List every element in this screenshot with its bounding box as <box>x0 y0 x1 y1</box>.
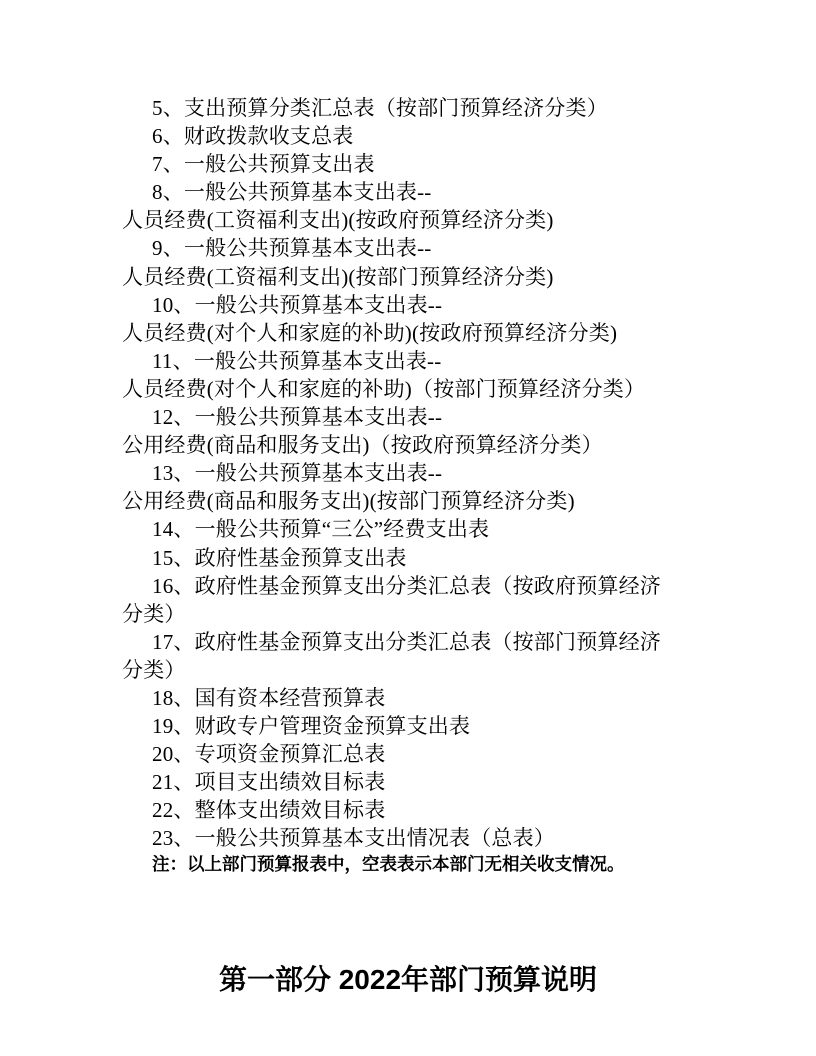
list-item: 9、一般公共预算基本支出表-- <box>122 234 722 262</box>
list-item: 21、项目支出绩效目标表 <box>122 768 722 796</box>
list-item: 公用经费(商品和服务支出)(按部门预算经济分类) <box>122 487 722 515</box>
list-item: 7、一般公共预算支出表 <box>122 150 722 178</box>
section-heading: 第一部分 2022年部门预算说明 <box>0 962 816 998</box>
list-item: 人员经费(对个人和家庭的补助)（按部门预算经济分类） <box>122 375 722 403</box>
list-item: 5、支出预算分类汇总表（按部门预算经济分类） <box>122 94 722 122</box>
list-item: 11、一般公共预算基本支出表-- <box>122 347 722 375</box>
budget-table-list: 5、支出预算分类汇总表（按部门预算经济分类）6、财政拨款收支总表7、一般公共预算… <box>122 94 722 853</box>
list-item: 公用经费(商品和服务支出)（按政府预算经济分类） <box>122 431 722 459</box>
list-item: 人员经费(工资福利支出)(按部门预算经济分类) <box>122 263 722 291</box>
list-item: 22、整体支出绩效目标表 <box>122 796 722 824</box>
list-item: 23、一般公共预算基本支出情况表（总表） <box>122 824 722 852</box>
list-item: 20、专项资金预算汇总表 <box>122 740 722 768</box>
list-item: 14、一般公共预算“三公”经费支出表 <box>122 515 722 543</box>
list-item: 8、一般公共预算基本支出表-- <box>122 178 722 206</box>
list-item: 15、政府性基金预算支出表 <box>122 544 722 572</box>
document-page: 5、支出预算分类汇总表（按部门预算经济分类）6、财政拨款收支总表7、一般公共预算… <box>0 0 816 1056</box>
list-item: 6、财政拨款收支总表 <box>122 122 722 150</box>
list-item: 17、政府性基金预算支出分类汇总表（按部门预算经济 <box>122 628 722 656</box>
list-item: 分类） <box>122 600 722 628</box>
list-item: 12、一般公共预算基本支出表-- <box>122 403 722 431</box>
list-item: 人员经费(对个人和家庭的补助)(按政府预算经济分类) <box>122 319 722 347</box>
list-item: 人员经费(工资福利支出)(按政府预算经济分类) <box>122 206 722 234</box>
list-item: 19、财政专户管理资金预算支出表 <box>122 712 722 740</box>
list-item: 10、一般公共预算基本支出表-- <box>122 291 722 319</box>
list-item: 18、国有资本经营预算表 <box>122 684 722 712</box>
list-item: 分类） <box>122 656 722 684</box>
list-item: 16、政府性基金预算支出分类汇总表（按政府预算经济 <box>122 572 722 600</box>
list-item: 13、一般公共预算基本支出表-- <box>122 459 722 487</box>
budget-note: 注：以上部门预算报表中，空表表示本部门无相关收支情况。 <box>152 852 625 876</box>
